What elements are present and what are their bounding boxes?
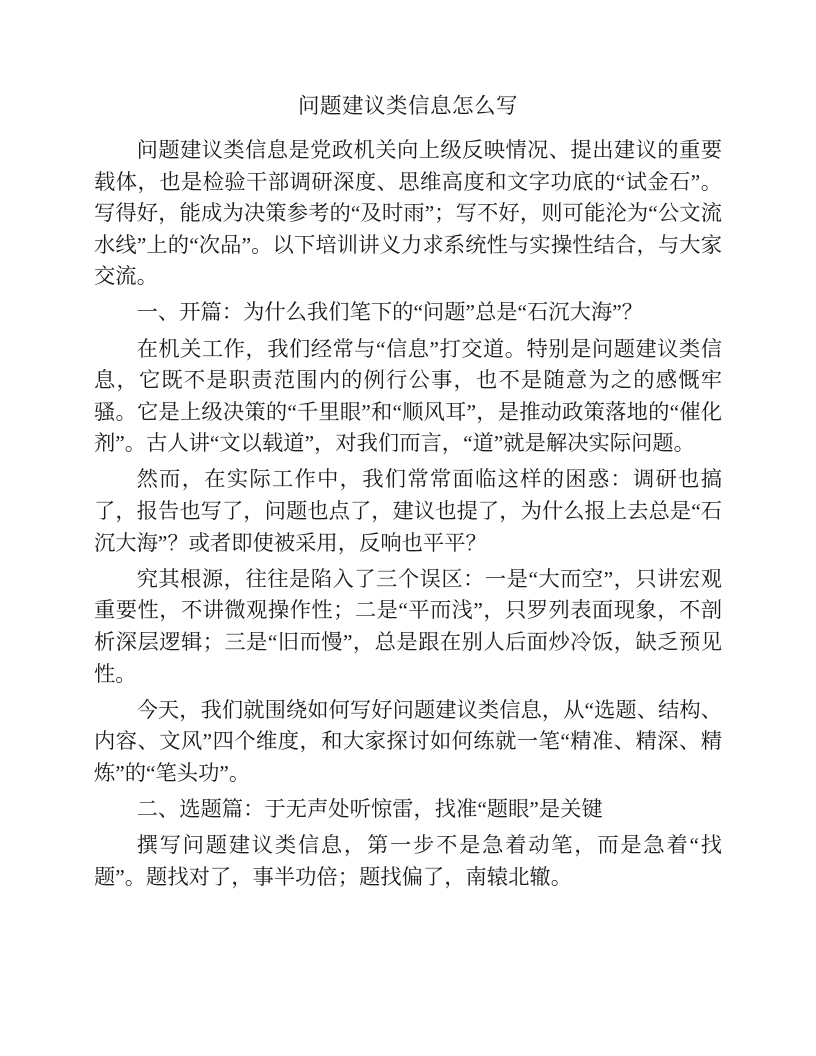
paragraph-intro: 问题建议类信息是党政机关向上级反映情况、提出建议的重要载体，也是检验干部调研深度… bbox=[94, 135, 722, 293]
paragraph-section1-body4: 今天，我们就围绕如何写好问题建议类信息，从“选题、结构、内容、文风”四个维度，和… bbox=[94, 695, 722, 790]
section-heading-1: 一、开篇：为什么我们笔下的“问题”总是“石沉大海”？ bbox=[94, 297, 722, 329]
section-heading-2: 二、选题篇：于无声处听惊雷，找准“题眼”是关键 bbox=[94, 794, 722, 826]
paragraph-section1-body1: 在机关工作，我们经常与“信息”打交道。特别是问题建议类信息，它既不是职责范围内的… bbox=[94, 334, 722, 460]
paragraph-section1-body3: 究其根源，往往是陷入了三个误区：一是“大而空”，只讲宏观重要性，不讲微观操作性；… bbox=[94, 564, 722, 690]
paragraph-section2-body1: 撰写问题建议类信息，第一步不是急着动笔，而是急着“找题”。题找对了，事半功倍；题… bbox=[94, 830, 722, 893]
document-page: 问题建议类信息怎么写 问题建议类信息是党政机关向上级反映情况、提出建议的重要载体… bbox=[0, 0, 816, 1056]
paragraph-section1-body2: 然而，在实际工作中，我们常常面临这样的困惑：调研也搞了，报告也写了，问题也点了，… bbox=[94, 464, 722, 559]
document-title: 问题建议类信息怎么写 bbox=[94, 90, 722, 122]
